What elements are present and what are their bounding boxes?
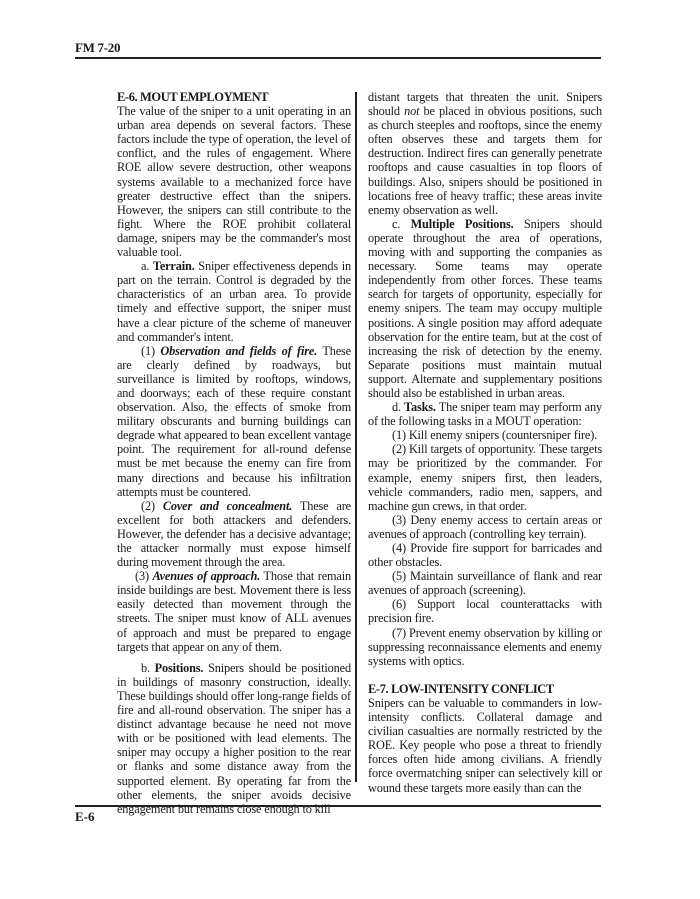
- task-7: (7) Prevent enemy observation by killing…: [368, 626, 602, 668]
- page-number: E-6: [75, 809, 95, 825]
- para-heading: Cover and concealment.: [163, 499, 292, 513]
- para-heading: Observation and fields of fire.: [160, 344, 317, 358]
- para-label: d.: [392, 400, 401, 414]
- para-text: These are clearly defined by roadways, b…: [117, 344, 351, 499]
- emphasis-not: not: [404, 104, 419, 118]
- para-heading: Multiple Positions.: [411, 217, 514, 231]
- task-4: (4) Provide fire support for barricades …: [368, 541, 602, 569]
- task-5: (5) Maintain surveillance of flank and r…: [368, 569, 602, 597]
- paragraph-a3: (3) Avenues of approach. Those that rema…: [117, 569, 351, 654]
- column-divider: [355, 92, 357, 782]
- paragraph-b: b. Positions. Snipers should be position…: [117, 661, 351, 816]
- right-column: distant targets that threaten the unit. …: [368, 90, 602, 795]
- header-rule: [75, 57, 601, 59]
- para-label: b.: [141, 661, 150, 675]
- para-label: (2): [141, 499, 155, 513]
- paragraph-a2: (2) Cover and concealment. These are exc…: [117, 499, 351, 569]
- para-text: Snipers should be positioned in building…: [117, 661, 351, 816]
- para-heading: Terrain.: [153, 259, 195, 273]
- paragraph-a: a. Terrain. Sniper effectiveness depends…: [117, 259, 351, 344]
- left-column: E-6. MOUT EMPLOYMENT The value of the sn…: [117, 90, 351, 816]
- para-label: (1): [141, 344, 155, 358]
- continuation-paragraph: distant targets that threaten the unit. …: [368, 90, 602, 217]
- section-title-e7: E-7. LOW-INTENSITY CONFLICT: [368, 682, 602, 696]
- para-text: Snipers should operate throughout the ar…: [368, 217, 602, 400]
- section-title-e6: E-6. MOUT EMPLOYMENT: [117, 90, 351, 104]
- paragraph-c: c. Multiple Positions. Snipers should op…: [368, 217, 602, 400]
- task-1: (1) Kill enemy snipers (countersniper fi…: [368, 428, 602, 442]
- para-heading: Tasks.: [404, 400, 436, 414]
- paragraph-d: d. Tasks. The sniper team may perform an…: [368, 400, 602, 428]
- section-e7-paragraph: Snipers can be valuable to commanders in…: [368, 696, 602, 795]
- task-3: (3) Deny enemy access to certain areas o…: [368, 513, 602, 541]
- text-run: be placed in obvious positions, such as …: [368, 104, 602, 217]
- para-label: (3): [135, 569, 149, 583]
- manual-id: FM 7-20: [75, 40, 120, 56]
- footer-rule: [75, 805, 601, 807]
- task-2: (2) Kill targets of opportunity. These t…: [368, 442, 602, 512]
- paragraph-a1: (1) Observation and fields of fire. Thes…: [117, 344, 351, 499]
- para-heading: Avenues of approach.: [152, 569, 260, 583]
- para-heading: Positions.: [155, 661, 204, 675]
- para-label: c.: [392, 217, 400, 231]
- task-6: (6) Support local counterattacks with pr…: [368, 597, 602, 625]
- para-label: a.: [141, 259, 149, 273]
- intro-paragraph: The value of the sniper to a unit operat…: [117, 104, 351, 259]
